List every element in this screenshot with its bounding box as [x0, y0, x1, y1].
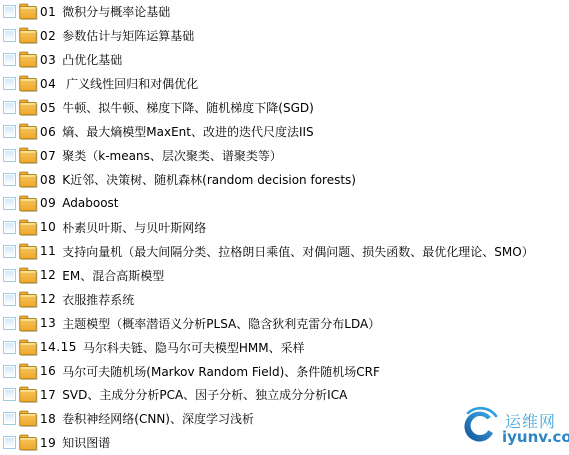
folder-title: 参数估计与矩阵运算基础 [62, 27, 194, 44]
iyunv-logo-icon [461, 403, 501, 448]
file-row[interactable]: 04 广义线性回归和对偶优化 [0, 72, 569, 96]
file-row[interactable]: 13 主题模型（概率潜语义分析PLSA、隐含狄利克雷分布LDA） [0, 311, 569, 335]
folder-icon[interactable] [19, 243, 38, 260]
folder-title: SVD、主成分分析PCA、因子分析、独立成分分析ICA [62, 386, 347, 403]
row-checkbox[interactable] [3, 388, 16, 401]
folder-icon[interactable] [19, 315, 38, 332]
folder-number: 19 [40, 436, 56, 450]
folder-icon[interactable] [19, 51, 38, 68]
folder-number: 02 [40, 29, 56, 43]
folder-number: 03 [40, 53, 56, 67]
folder-title: 主题模型（概率潜语义分析PLSA、隐含狄利克雷分布LDA） [62, 315, 380, 332]
iyunv-watermark: 运维网 iyunv.com [461, 402, 567, 450]
file-row[interactable]: 14.15 马尔科夫链、隐马尔可夫模型HMM、采样 [0, 335, 569, 359]
folder-number: 16 [40, 364, 56, 378]
folder-number: 05 [40, 101, 56, 115]
folder-number: 10 [40, 220, 56, 234]
row-checkbox[interactable] [3, 197, 16, 210]
folder-title: Adaboost [62, 196, 118, 210]
row-checkbox[interactable] [3, 412, 16, 425]
file-row[interactable]: 08 K近邻、决策树、随机森林(random decision forests) [0, 168, 569, 192]
folder-title: 卷积神经网络(CNN)、深度学习浅析 [62, 410, 254, 427]
file-row[interactable]: 03 凸优化基础 [0, 48, 569, 72]
folder-icon[interactable] [19, 339, 38, 356]
folder-number: 14.15 [40, 340, 77, 354]
row-checkbox[interactable] [3, 221, 16, 234]
folder-number: 12 [40, 292, 56, 306]
folder-number: 07 [40, 149, 56, 163]
file-row[interactable]: 01 微积分与概率论基础 [0, 0, 569, 24]
folder-icon[interactable] [19, 27, 38, 44]
file-row[interactable]: 02 参数估计与矩阵运算基础 [0, 24, 569, 48]
row-checkbox[interactable] [3, 53, 16, 66]
folder-number: 01 [40, 5, 56, 19]
folder-icon[interactable] [19, 267, 38, 284]
folder-icon[interactable] [19, 219, 38, 236]
folder-title: 朴素贝叶斯、与贝叶斯网络 [62, 219, 206, 236]
row-checkbox[interactable] [3, 29, 16, 42]
folder-title: EM、混合高斯模型 [62, 267, 164, 284]
folder-title: 支持向量机（最大间隔分类、拉格朗日乘值、对偶问题、损失函数、最优化理论、SMO） [62, 243, 533, 260]
folder-icon[interactable] [19, 75, 38, 92]
file-row[interactable]: 05 牛顿、拟牛顿、梯度下降、随机梯度下降(SGD) [0, 96, 569, 120]
watermark-site-url: iyunv.com [502, 428, 569, 446]
folder-number: 17 [40, 388, 56, 402]
folder-icon[interactable] [19, 291, 38, 308]
folder-icon[interactable] [19, 434, 38, 451]
row-checkbox[interactable] [3, 436, 16, 449]
row-checkbox[interactable] [3, 77, 16, 90]
folder-number: 11 [40, 244, 56, 258]
folder-title: 牛顿、拟牛顿、梯度下降、随机梯度下降(SGD) [62, 99, 314, 116]
folder-title: K近邻、决策树、随机森林(random decision forests) [62, 171, 356, 188]
folder-number: 09 [40, 196, 56, 210]
folder-title: 微积分与概率论基础 [62, 3, 170, 20]
folder-number: 06 [40, 125, 56, 139]
folder-icon[interactable] [19, 3, 38, 20]
folder-number: 18 [40, 412, 56, 426]
folder-icon[interactable] [19, 410, 38, 427]
folder-icon[interactable] [19, 363, 38, 380]
row-checkbox[interactable] [3, 5, 16, 18]
row-checkbox[interactable] [3, 365, 16, 378]
row-checkbox[interactable] [3, 341, 16, 354]
file-row[interactable]: 06 熵、最大熵模型MaxEnt、改进的迭代尺度法IIS [0, 120, 569, 144]
folder-title: 熵、最大熵模型MaxEnt、改进的迭代尺度法IIS [62, 123, 313, 140]
folder-icon[interactable] [19, 147, 38, 164]
folder-title: 马尔科夫链、隐马尔可夫模型HMM、采样 [83, 339, 305, 356]
row-checkbox[interactable] [3, 269, 16, 282]
folder-icon[interactable] [19, 171, 38, 188]
folder-number: 13 [40, 316, 56, 330]
row-checkbox[interactable] [3, 173, 16, 186]
file-row[interactable]: 12 衣服推荐系统 [0, 287, 569, 311]
folder-title: 广义线性回归和对偶优化 [62, 75, 198, 92]
row-checkbox[interactable] [3, 293, 16, 306]
folder-title: 衣服推荐系统 [62, 291, 134, 308]
row-checkbox[interactable] [3, 245, 16, 258]
folder-title: 凸优化基础 [62, 51, 122, 68]
folder-icon[interactable] [19, 123, 38, 140]
folder-title: 马尔可夫随机场(Markov Random Field)、条件随机场CRF [62, 363, 380, 380]
folder-number: 12 [40, 268, 56, 282]
course-folder-list: 01 微积分与概率论基础 02 参数估计与矩阵运算基础 [0, 0, 569, 455]
row-checkbox[interactable] [3, 125, 16, 138]
file-row[interactable]: 10 朴素贝叶斯、与贝叶斯网络 [0, 215, 569, 239]
file-manager-view: 01 微积分与概率论基础 02 参数估计与矩阵运算基础 [0, 0, 569, 455]
file-row[interactable]: 09 Adaboost [0, 192, 569, 216]
folder-title: 知识图谱 [62, 434, 110, 451]
file-row[interactable]: 16 马尔可夫随机场(Markov Random Field)、条件随机场CRF [0, 359, 569, 383]
row-checkbox[interactable] [3, 101, 16, 114]
row-checkbox[interactable] [3, 149, 16, 162]
file-row[interactable]: 12 EM、混合高斯模型 [0, 263, 569, 287]
file-row[interactable]: 07 聚类（k-means、层次聚类、谱聚类等） [0, 144, 569, 168]
folder-number: 08 [40, 173, 56, 187]
folder-icon[interactable] [19, 195, 38, 212]
folder-title: 聚类（k-means、层次聚类、谱聚类等） [62, 147, 282, 164]
folder-icon[interactable] [19, 386, 38, 403]
file-row[interactable]: 11 支持向量机（最大间隔分类、拉格朗日乘值、对偶问题、损失函数、最优化理论、S… [0, 239, 569, 263]
folder-number: 04 [40, 77, 56, 91]
folder-icon[interactable] [19, 99, 38, 116]
row-checkbox[interactable] [3, 317, 16, 330]
